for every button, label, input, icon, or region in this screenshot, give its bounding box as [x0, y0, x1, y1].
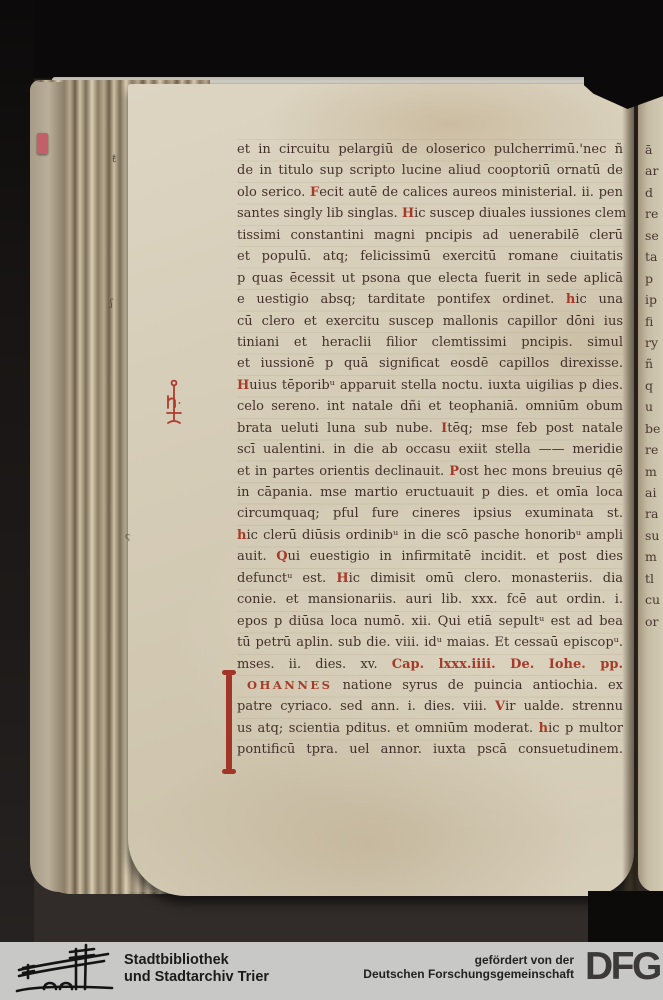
pen-trial-mark: ς — [125, 532, 130, 542]
manuscript-line: conie. et mansionariis. auri lib. xxx. f… — [237, 589, 623, 610]
funding-credit: gefördert von der Deutschen Forschungsge… — [300, 954, 574, 981]
facing-page-fragment: p — [645, 268, 663, 289]
facing-page-fragment: re — [645, 203, 663, 224]
manuscript-line: Huius tēporibᵘ apparuit stella noctu. iu… — [237, 375, 623, 396]
manuscript-line: epos p diūsa loca numō. xii. Qui etiā se… — [237, 611, 623, 632]
facing-page-fragment: ry — [645, 332, 663, 353]
facing-page-fragment: ā — [645, 139, 663, 160]
manuscript-line: santes singly lib singlas. Hic suscep di… — [237, 203, 623, 224]
manuscript-line: patre cyriaco. sed ann. i. dies. viii. V… — [237, 696, 623, 717]
facing-page-fragment: su — [645, 525, 663, 546]
margin-nota-mark-icon — [162, 379, 186, 427]
manuscript-line: pontificū tpra. uel annor. iuxta pscā co… — [237, 739, 623, 760]
facing-page-fragment: d — [645, 182, 663, 203]
manuscript-line: tiniani et heraclii filior clemtissimi p… — [237, 332, 623, 353]
manuscript-line: us atq; scientia pditus. et omniūm moder… — [237, 718, 623, 739]
manuscript-line: olo serico. Fecit autē de calices aureos… — [237, 182, 623, 203]
funding-line1: gefördert von der — [300, 954, 574, 968]
facing-page-fragment: be — [645, 418, 663, 439]
manuscript-line: defunctᵘ est. Hic dimisit omū clero. mon… — [237, 568, 623, 589]
manuscript-line: de in titulo sup scripto lucine aliud co… — [237, 160, 623, 181]
dfg-logo: DFG — [585, 945, 661, 989]
facing-page-fragment: cu — [645, 589, 663, 610]
pen-trial-mark: ʃ — [110, 298, 113, 309]
manuscript-line: et in circuitu pelargiū de oloserico pul… — [237, 139, 623, 160]
manuscript-line: brata ueluti luna sub nube. Itēq; mse fe… — [237, 418, 623, 439]
library-name-line2: und Stadtarchiv Trier — [124, 969, 269, 986]
manuscript-line: p quas ēcessit ut psona que electa fueri… — [237, 268, 623, 289]
facing-page-fragment: ip — [645, 289, 663, 310]
background-shadow-left — [0, 0, 34, 942]
facing-page-fragment: se — [645, 225, 663, 246]
manuscript-line: tū petrū aplin. sub die. viii. idᵘ maias… — [237, 632, 623, 653]
facing-page-fragment: tl — [645, 568, 663, 589]
library-name: Stadtbibliothek und Stadtarchiv Trier — [124, 952, 269, 986]
manuscript-line: in cāpania. mse martio eructuauit p dies… — [237, 482, 623, 503]
manuscript-line: circumquaq; pful fure cineres ipsius exu… — [237, 503, 623, 524]
facing-page-fragment: or — [645, 611, 663, 632]
facing-page-fragment: ai — [645, 482, 663, 503]
manuscript-photo-stage: ŧ ʃ ς et in circuitu pelargiū de oloseri… — [0, 0, 663, 1000]
facing-page-fragment: ar — [645, 160, 663, 181]
manuscript-line: et in partes orientis declinauit. Post h… — [237, 461, 623, 482]
manuscript-line: ohannes natione syrus de puincia antioch… — [237, 675, 623, 696]
facing-page-fragment: u — [645, 396, 663, 417]
facing-page-fragment: ñ — [645, 353, 663, 374]
manuscript-line: et iussionē p quā significat eosdē capil… — [237, 353, 623, 374]
funding-line2: Deutschen Forschungsgemeinschaft — [300, 968, 574, 982]
stadtbibliothek-logo-icon — [14, 943, 118, 998]
manuscript-line: cū clero et exercitu suscep mallonis cap… — [237, 311, 623, 332]
facing-page-fragment: m — [645, 461, 663, 482]
facing-page-fragment: q — [645, 375, 663, 396]
pink-bookmark-tab — [37, 133, 48, 154]
facing-page-fragment: re — [645, 439, 663, 460]
facing-page-fragment: fi — [645, 311, 663, 332]
facing-page-fragment: ra — [645, 503, 663, 524]
manuscript-line: et populū. atq; felicissimū exercitū rom… — [237, 246, 623, 267]
footer-banner: Stadtbibliothek und Stadtarchiv Trier ge… — [0, 942, 663, 1000]
manuscript-line: mses. ii. dies. xv. Cap. lxxx.iiii. De. … — [237, 654, 623, 675]
page-stack-outer-edge — [30, 82, 64, 892]
manuscript-line: tissimi constantini magni pncipis ad uen… — [237, 225, 623, 246]
initial-I — [221, 668, 237, 776]
manuscript-line: scī ualentini. in die ab occasu exiit st… — [237, 439, 623, 460]
facing-page-fragment: ta — [645, 246, 663, 267]
facing-page-fragments: āardresetapipfiryñquberemairasumtlcuor — [645, 139, 663, 632]
manuscript-line: celo sereno. int natale dñi et teophaniā… — [237, 396, 623, 417]
facing-page-fragment: m — [645, 546, 663, 567]
manuscript-line: auit. Qui euestigio in infirmitatē incid… — [237, 546, 623, 567]
manuscript-line: hic clerū diūsis ordinibᵘ in die scō pas… — [237, 525, 623, 546]
manuscript-line: e uestigio absq; tarditate pontifex ordi… — [237, 289, 623, 310]
manuscript-text-block: et in circuitu pelargiū de oloserico pul… — [237, 139, 623, 761]
library-name-line1: Stadtbibliothek — [124, 952, 269, 969]
